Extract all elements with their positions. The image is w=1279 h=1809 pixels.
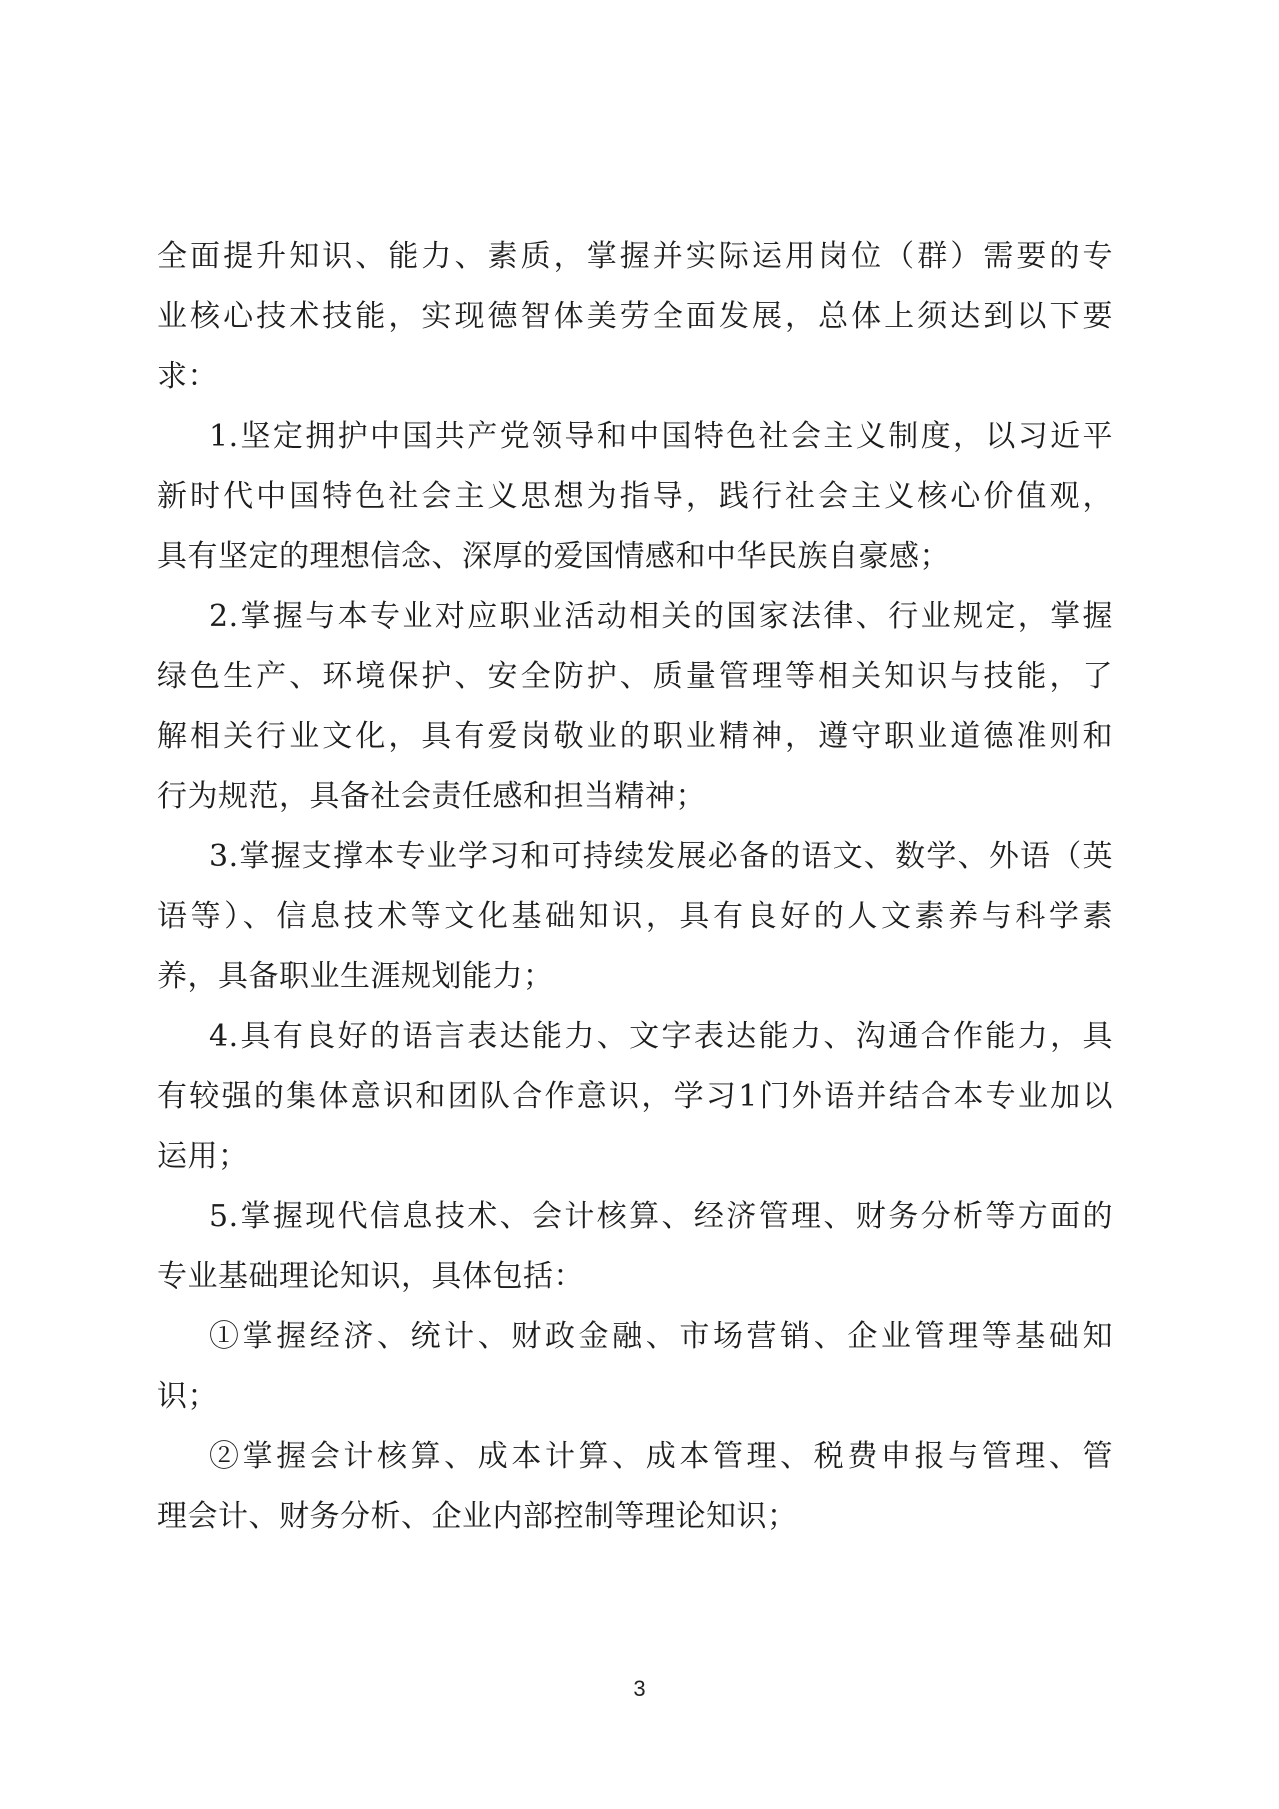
text-line: 全面提升知识、能力、素质，掌握并实际运用岗位（群）需要的专 (157, 227, 1113, 287)
paragraph-subitem-2: ②掌握会计核算、成本计算、成本管理、税费申报与管理、管 理会计、财务分析、企业内… (157, 1427, 1113, 1547)
document-page: 全面提升知识、能力、素质，掌握并实际运用岗位（群）需要的专 业核心技术技能，实现… (0, 0, 1279, 1809)
paragraph-item-5: 5.掌握现代信息技术、会计核算、经济管理、财务分析等方面的 专业基础理论知识，具… (157, 1187, 1113, 1307)
text-line: 语等）、信息技术等文化基础知识，具有良好的人文素养与科学素 (157, 887, 1113, 947)
text-line: 运用； (157, 1127, 1113, 1187)
text-line: 具有坚定的理想信念、深厚的爱国情感和中华民族自豪感； (157, 527, 1113, 587)
text-line: 4.具有良好的语言表达能力、文字表达能力、沟通合作能力，具 (157, 1007, 1113, 1067)
paragraph-item-4: 4.具有良好的语言表达能力、文字表达能力、沟通合作能力，具 有较强的集体意识和团… (157, 1007, 1113, 1187)
text-line: ②掌握会计核算、成本计算、成本管理、税费申报与管理、管 (157, 1427, 1113, 1487)
text-line: 绿色生产、环境保护、安全防护、质量管理等相关知识与技能，了 (157, 647, 1113, 707)
text-line: 2.掌握与本专业对应职业活动相关的国家法律、行业规定，掌握 (157, 587, 1113, 647)
text-line: 5.掌握现代信息技术、会计核算、经济管理、财务分析等方面的 (157, 1187, 1113, 1247)
text-line: ①掌握经济、统计、财政金融、市场营销、企业管理等基础知 (157, 1307, 1113, 1367)
text-line: 有较强的集体意识和团队合作意识，学习1门外语并结合本专业加以 (157, 1067, 1113, 1127)
paragraph-subitem-1: ①掌握经济、统计、财政金融、市场营销、企业管理等基础知 识； (157, 1307, 1113, 1427)
page-footer: 3 (0, 1676, 1279, 1702)
text-line: 养，具备职业生涯规划能力； (157, 947, 1113, 1007)
text-line: 1.坚定拥护中国共产党领导和中国特色社会主义制度，以习近平 (157, 407, 1113, 467)
text-line: 新时代中国特色社会主义思想为指导，践行社会主义核心价值观， (157, 467, 1113, 527)
text-line: 业核心技术技能，实现德智体美劳全面发展，总体上须达到以下要 (157, 287, 1113, 347)
paragraph-item-3: 3.掌握支撑本专业学习和可持续发展必备的语文、数学、外语（英 语等）、信息技术等… (157, 827, 1113, 1007)
text-line: 3.掌握支撑本专业学习和可持续发展必备的语文、数学、外语（英 (157, 827, 1113, 887)
document-body: 全面提升知识、能力、素质，掌握并实际运用岗位（群）需要的专 业核心技术技能，实现… (157, 227, 1113, 1547)
paragraph-item-1: 1.坚定拥护中国共产党领导和中国特色社会主义制度，以习近平 新时代中国特色社会主… (157, 407, 1113, 587)
text-line: 行为规范，具备社会责任感和担当精神； (157, 767, 1113, 827)
text-line: 识； (157, 1367, 1113, 1427)
text-line: 解相关行业文化，具有爱岗敬业的职业精神，遵守职业道德准则和 (157, 707, 1113, 767)
text-line: 理会计、财务分析、企业内部控制等理论知识； (157, 1487, 1113, 1547)
text-line: 求： (157, 347, 1113, 407)
paragraph-overview: 全面提升知识、能力、素质，掌握并实际运用岗位（群）需要的专 业核心技术技能，实现… (157, 227, 1113, 407)
text-line: 专业基础理论知识，具体包括： (157, 1247, 1113, 1307)
paragraph-item-2: 2.掌握与本专业对应职业活动相关的国家法律、行业规定，掌握 绿色生产、环境保护、… (157, 587, 1113, 827)
page-number: 3 (633, 1676, 645, 1701)
